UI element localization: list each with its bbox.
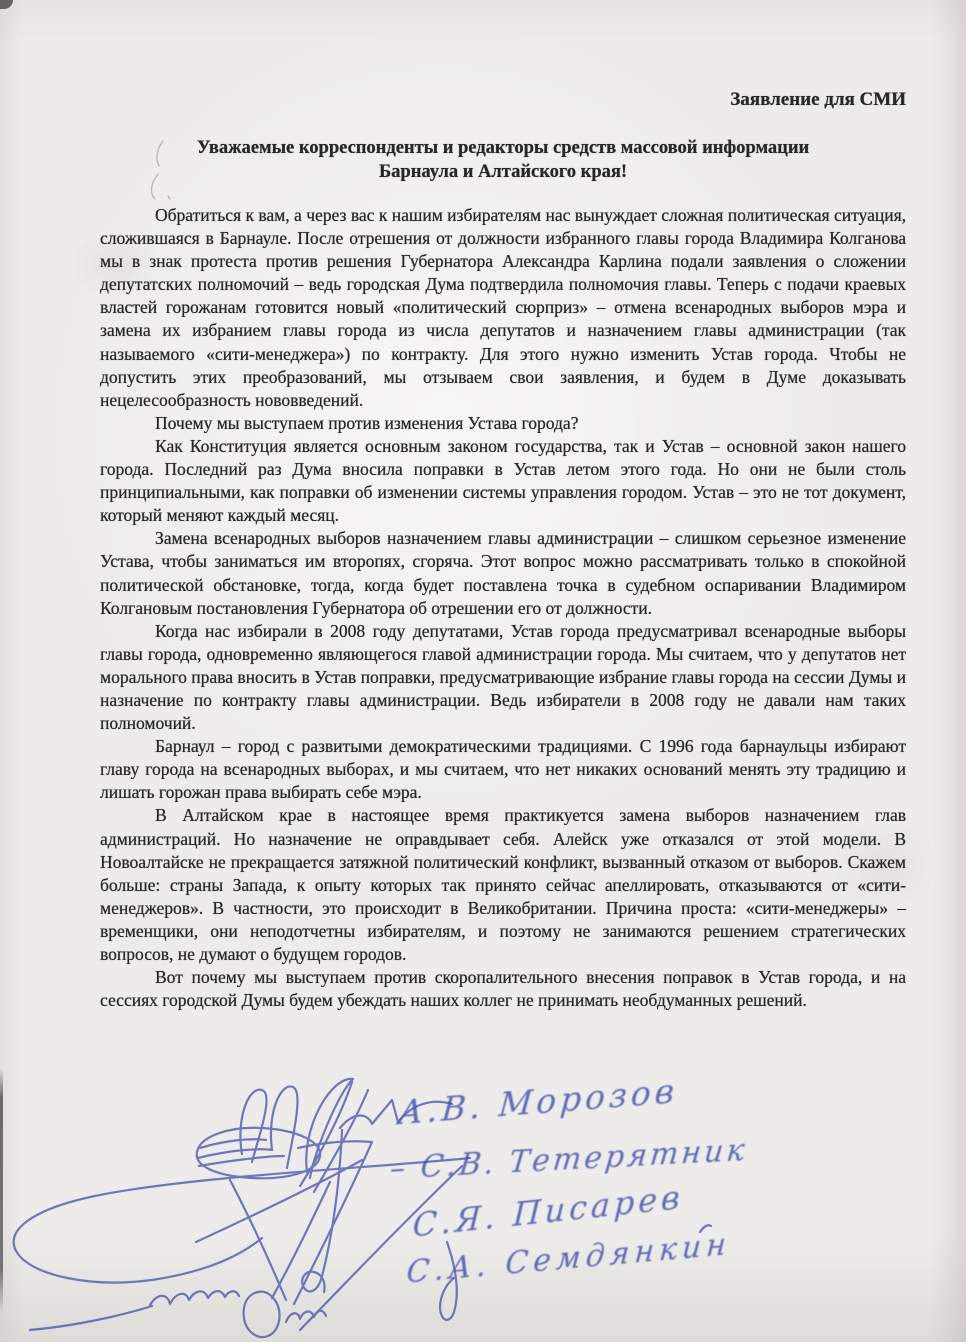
document-body: Заявление для СМИ Уважаемые корреспонден…	[100, 88, 906, 1012]
salutation-line-2: Барнаула и Алтайского края!	[100, 161, 906, 185]
salutation-line-1: Уважаемые корреспонденты и редакторы сре…	[100, 137, 906, 161]
scanned-document-page: Заявление для СМИ Уважаемые корреспонден…	[0, 0, 966, 1342]
body-paragraph: Почему мы выступаем против изменения Уст…	[100, 412, 906, 435]
scan-edge-artifact	[0, 1068, 3, 1313]
body-paragraph: В Алтайском крае в настоящее время практ…	[100, 804, 906, 966]
signature-name: – С.В. Тетерятник	[388, 1133, 749, 1187]
body-text: Обратиться к вам, а через вас к нашим из…	[100, 204, 906, 1012]
signature-name: А.В. Морозов	[397, 1071, 680, 1132]
body-paragraph: Барнаул – город с развитыми демократичес…	[100, 735, 906, 804]
body-paragraph: Вот почему мы выступаем против скоропали…	[100, 966, 906, 1012]
body-paragraph: Когда нас избирали в 2008 году депутатам…	[100, 620, 906, 735]
scan-corner-artifact	[0, 0, 13, 9]
document-title: Заявление для СМИ	[100, 88, 906, 111]
salutation-heading: Уважаемые корреспонденты и редакторы сре…	[100, 137, 906, 184]
body-paragraph: Обратиться к вам, а через вас к нашим из…	[100, 204, 906, 412]
body-paragraph: Замена всенародных выборов назначением г…	[100, 527, 906, 619]
body-paragraph: Как Конституция является основным законо…	[100, 435, 906, 527]
